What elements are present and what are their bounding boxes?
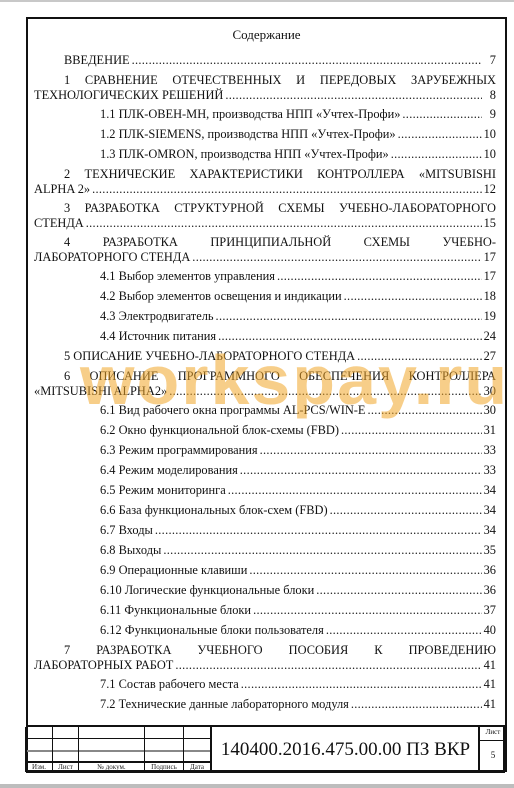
- toc-page-number: 10: [484, 127, 496, 142]
- dot-leader: [368, 403, 482, 418]
- toc-entry: 6.1 Вид рабочего окна программы AL-PCS/W…: [34, 403, 496, 418]
- toc-entry: 6.12 Функциональные блоки пользователя40: [34, 623, 496, 638]
- toc-entry: 6.11 Функциональные блоки37: [34, 603, 496, 618]
- toc-entry: 6.7 Входы34: [34, 523, 496, 538]
- toc-page-number: 10: [484, 147, 496, 162]
- toc-entry: 6.4 Режим моделирования33: [34, 463, 496, 478]
- toc-page-number: 7: [484, 53, 496, 68]
- toc-page-number: 9: [484, 107, 496, 122]
- toc-page-number: 30: [484, 384, 496, 399]
- toc-page-number: 15: [484, 216, 496, 231]
- dot-leader: [341, 423, 482, 438]
- toc-entry-text: «MITSUBISHI ALPHA2»: [34, 384, 167, 399]
- toc-page-number: 27: [484, 349, 496, 364]
- dot-leader: [175, 658, 481, 673]
- toc-entry-text: 6.8 Выходы: [100, 543, 161, 558]
- toc-entry-text: 4.4 Источник питания: [100, 329, 216, 344]
- bottom-border-line: [0, 784, 514, 788]
- toc-page-number: 34: [484, 523, 496, 538]
- toc-entry: 1.3 ПЛК-OMRON, производства НПП «Учтех-П…: [34, 147, 496, 162]
- toc-page-number: 30: [484, 403, 496, 418]
- toc-entry: 4.2 Выбор элементов освещения и индикаци…: [34, 289, 496, 304]
- toc-entry-text: 6.11 Функциональные блоки: [100, 603, 251, 618]
- dot-leader: [316, 583, 481, 598]
- toc-entry-text: 7 РАЗРАБОТКА УЧЕБНОГО ПОСОБИЯ К ПРОВЕДЕН…: [34, 643, 496, 658]
- toc-entry-text: ALPHA 2»: [34, 182, 90, 197]
- label-izm: Изм.: [26, 762, 52, 772]
- toc-entry-text: 6.9 Операционные клавиши: [100, 563, 247, 578]
- dot-leader: [163, 543, 481, 558]
- toc-page-number: 34: [484, 503, 496, 518]
- toc-entry-text: ТЕХНОЛОГИЧЕСКИХ РЕШЕНИЙ: [34, 88, 223, 103]
- toc-entry: 4.4 Источник питания24: [34, 329, 496, 344]
- toc-entry-text: 4 РАЗРАБОТКА ПРИНЦИПИАЛЬНОЙ СХЕМЫ УЧЕБНО…: [34, 235, 496, 250]
- toc-entry-text: 6.12 Функциональные блоки пользователя: [100, 623, 324, 638]
- toc-entry: 4.1 Выбор элементов управления17: [34, 269, 496, 284]
- toc-entry: 1.1 ПЛК-ОВЕН-МН, производства НПП «Учтех…: [34, 107, 496, 122]
- toc-entry-text: 4.3 Электродвигатель: [100, 309, 214, 324]
- toc-page-number: 18: [484, 289, 496, 304]
- toc-page-number: 8: [484, 88, 496, 103]
- toc-page-number: 33: [484, 443, 496, 458]
- toc-page-number: 35: [484, 543, 496, 558]
- dot-leader: [169, 384, 481, 399]
- toc-entry-text: 1.1 ПЛК-ОВЕН-МН, производства НПП «Учтех…: [100, 107, 400, 122]
- toc-page-number: 36: [484, 583, 496, 598]
- dot-leader: [277, 269, 482, 284]
- toc-page-number: 41: [484, 677, 496, 692]
- dot-leader: [225, 88, 482, 103]
- toc-entry: 1 СРАВНЕНИЕ ОТЕЧЕСТВЕННЫХ И ПЕРЕДОВЫХ ЗА…: [34, 73, 496, 103]
- toc-entry-text: 6.3 Режим программирования: [100, 443, 258, 458]
- dot-leader: [216, 309, 482, 324]
- toc-entry-text: 6 ОПИСАНИЕ ПРОГРАММНОГО ОБЕСПЕЧЕНИЯ КОНТ…: [34, 369, 496, 384]
- toc-entry: 3 РАЗРАБОТКА СТРУКТУРНОЙ СХЕМЫ УЧЕБНО-ЛА…: [34, 201, 496, 231]
- dot-leader: [344, 289, 482, 304]
- toc-entry-text: 6.10 Логические функциональные блоки: [100, 583, 314, 598]
- toc-page-number: 34: [484, 483, 496, 498]
- toc-entry: 7 РАЗРАБОТКА УЧЕБНОГО ПОСОБИЯ К ПРОВЕДЕН…: [34, 643, 496, 673]
- toc-entry-text: ЛАБОРАТОРНОГО СТЕНДА: [34, 250, 190, 265]
- toc-page-number: 37: [484, 603, 496, 618]
- toc-entry: 2 ТЕХНИЧЕСКИЕ ХАРАКТЕРИСТИКИ КОНТРОЛЛЕРА…: [34, 167, 496, 197]
- top-border-line: [0, 0, 514, 2]
- toc-entry: 7.2 Технические данные лабораторного мод…: [34, 697, 496, 712]
- dot-leader: [92, 182, 482, 197]
- toc-title: Содержание: [28, 27, 505, 43]
- toc-entry: 6.10 Логические функциональные блоки36: [34, 583, 496, 598]
- document-code: 140400.2016.475.00.00 ПЗ ВКР: [212, 735, 479, 765]
- dot-leader: [240, 463, 482, 478]
- toc-entry-text: 1.2 ПЛК-SIEMENS, производства НПП «Учтех…: [100, 127, 396, 142]
- dot-leader: [253, 603, 482, 618]
- toc-entry-text: 6.1 Вид рабочего окна программы AL-PCS/W…: [100, 403, 366, 418]
- toc-entry: 7.1 Состав рабочего места41: [34, 677, 496, 692]
- toc-page-number: 12: [484, 182, 496, 197]
- toc-entry-text: 6.5 Режим мониторинга: [100, 483, 226, 498]
- toc-entry-text: 4.1 Выбор элементов управления: [100, 269, 275, 284]
- toc-entry-text: 2 ТЕХНИЧЕСКИЕ ХАРАКТЕРИСТИКИ КОНТРОЛЛЕРА…: [34, 167, 496, 182]
- dot-leader: [155, 523, 482, 538]
- page-frame: Содержание ВВЕДЕНИЕ71 СРАВНЕНИЕ ОТЕЧЕСТВ…: [26, 17, 507, 772]
- label-doc-num: № докум.: [79, 762, 144, 772]
- stamp-sheet-divider: [478, 740, 504, 741]
- toc-page-number: 41: [484, 697, 496, 712]
- toc-entry-text: 7.1 Состав рабочего места: [100, 677, 239, 692]
- toc-entry-text: 6.7 Входы: [100, 523, 153, 538]
- dot-leader: [330, 503, 482, 518]
- toc-entry: 5 ОПИСАНИЕ УЧЕБНО-ЛАБОРАТОРНОГО СТЕНДА27: [34, 349, 496, 364]
- toc-entry: 4.3 Электродвигатель19: [34, 309, 496, 324]
- toc-entry-text: 6.4 Режим моделирования: [100, 463, 238, 478]
- toc-entry: 6 ОПИСАНИЕ ПРОГРАММНОГО ОБЕСПЕЧЕНИЯ КОНТ…: [34, 369, 496, 399]
- dot-leader: [357, 349, 481, 364]
- title-block-stamp: Изм. Лист № докум. Подпись Дата 140400.2…: [26, 725, 505, 772]
- toc-entry-text: 6.6 База функциональных блок-схем (FBD): [100, 503, 328, 518]
- toc-entry: 6.2 Окно функциональной блок-схемы (FBD)…: [34, 423, 496, 438]
- toc-entry-text: 1.3 ПЛК-OMRON, производства НПП «Учтех-П…: [100, 147, 389, 162]
- toc-page-number: 31: [484, 423, 496, 438]
- toc-entry: 6.3 Режим программирования33: [34, 443, 496, 458]
- toc-page-number: 19: [484, 309, 496, 324]
- toc-entry-text: ЛАБОРАТОРНЫХ РАБОТ: [34, 658, 173, 673]
- toc-entry: ВВЕДЕНИЕ7: [34, 53, 496, 68]
- dot-leader: [132, 53, 482, 68]
- sheet-label: Лист: [481, 728, 505, 736]
- dot-leader: [351, 697, 482, 712]
- toc-entry-text: 1 СРАВНЕНИЕ ОТЕЧЕСТВЕННЫХ И ПЕРЕДОВЫХ ЗА…: [34, 73, 496, 88]
- toc-page-number: 17: [484, 269, 496, 284]
- toc-entry: 4 РАЗРАБОТКА ПРИНЦИПИАЛЬНОЙ СХЕМЫ УЧЕБНО…: [34, 235, 496, 265]
- toc-page-number: 17: [484, 250, 496, 265]
- toc-page-number: 24: [484, 329, 496, 344]
- toc-page-number: 41: [484, 658, 496, 673]
- sheet-number: 5: [481, 745, 505, 765]
- toc-entry-text: 7.2 Технические данные лабораторного мод…: [100, 697, 349, 712]
- label-list: Лист: [53, 762, 78, 772]
- toc-entry: 6.9 Операционные клавиши36: [34, 563, 496, 578]
- toc-entry: 6.5 Режим мониторинга34: [34, 483, 496, 498]
- toc-entry: 1.2 ПЛК-SIEMENS, производства НПП «Учтех…: [34, 127, 496, 142]
- dot-leader: [249, 563, 481, 578]
- label-date: Дата: [184, 762, 210, 772]
- dot-leader: [391, 147, 482, 162]
- toc-entry-text: 4.2 Выбор элементов освещения и индикаци…: [100, 289, 342, 304]
- dot-leader: [218, 329, 482, 344]
- toc-entry: 6.8 Выходы35: [34, 543, 496, 558]
- dot-leader: [241, 677, 482, 692]
- toc-page-number: 33: [484, 463, 496, 478]
- toc-entry: 6.6 База функциональных блок-схем (FBD)3…: [34, 503, 496, 518]
- dot-leader: [86, 216, 482, 231]
- dot-leader: [228, 483, 482, 498]
- toc-entry-text: 3 РАЗРАБОТКА СТРУКТУРНОЙ СХЕМЫ УЧЕБНО-ЛА…: [34, 201, 496, 216]
- dot-leader: [326, 623, 482, 638]
- toc-entry-text: СТЕНДА: [34, 216, 84, 231]
- dot-leader: [192, 250, 481, 265]
- toc-page-number: 40: [484, 623, 496, 638]
- label-signature: Подпись: [145, 762, 183, 772]
- dot-leader: [402, 107, 482, 122]
- toc-page-number: 36: [484, 563, 496, 578]
- dot-leader: [260, 443, 482, 458]
- table-of-contents: ВВЕДЕНИЕ71 СРАВНЕНИЕ ОТЕЧЕСТВЕННЫХ И ПЕР…: [34, 53, 496, 717]
- dot-leader: [398, 127, 482, 142]
- toc-entry-text: 6.2 Окно функциональной блок-схемы (FBD): [100, 423, 339, 438]
- toc-entry-text: 5 ОПИСАНИЕ УЧЕБНО-ЛАБОРАТОРНОГО СТЕНДА: [64, 349, 355, 364]
- toc-entry-text: ВВЕДЕНИЕ: [64, 53, 130, 68]
